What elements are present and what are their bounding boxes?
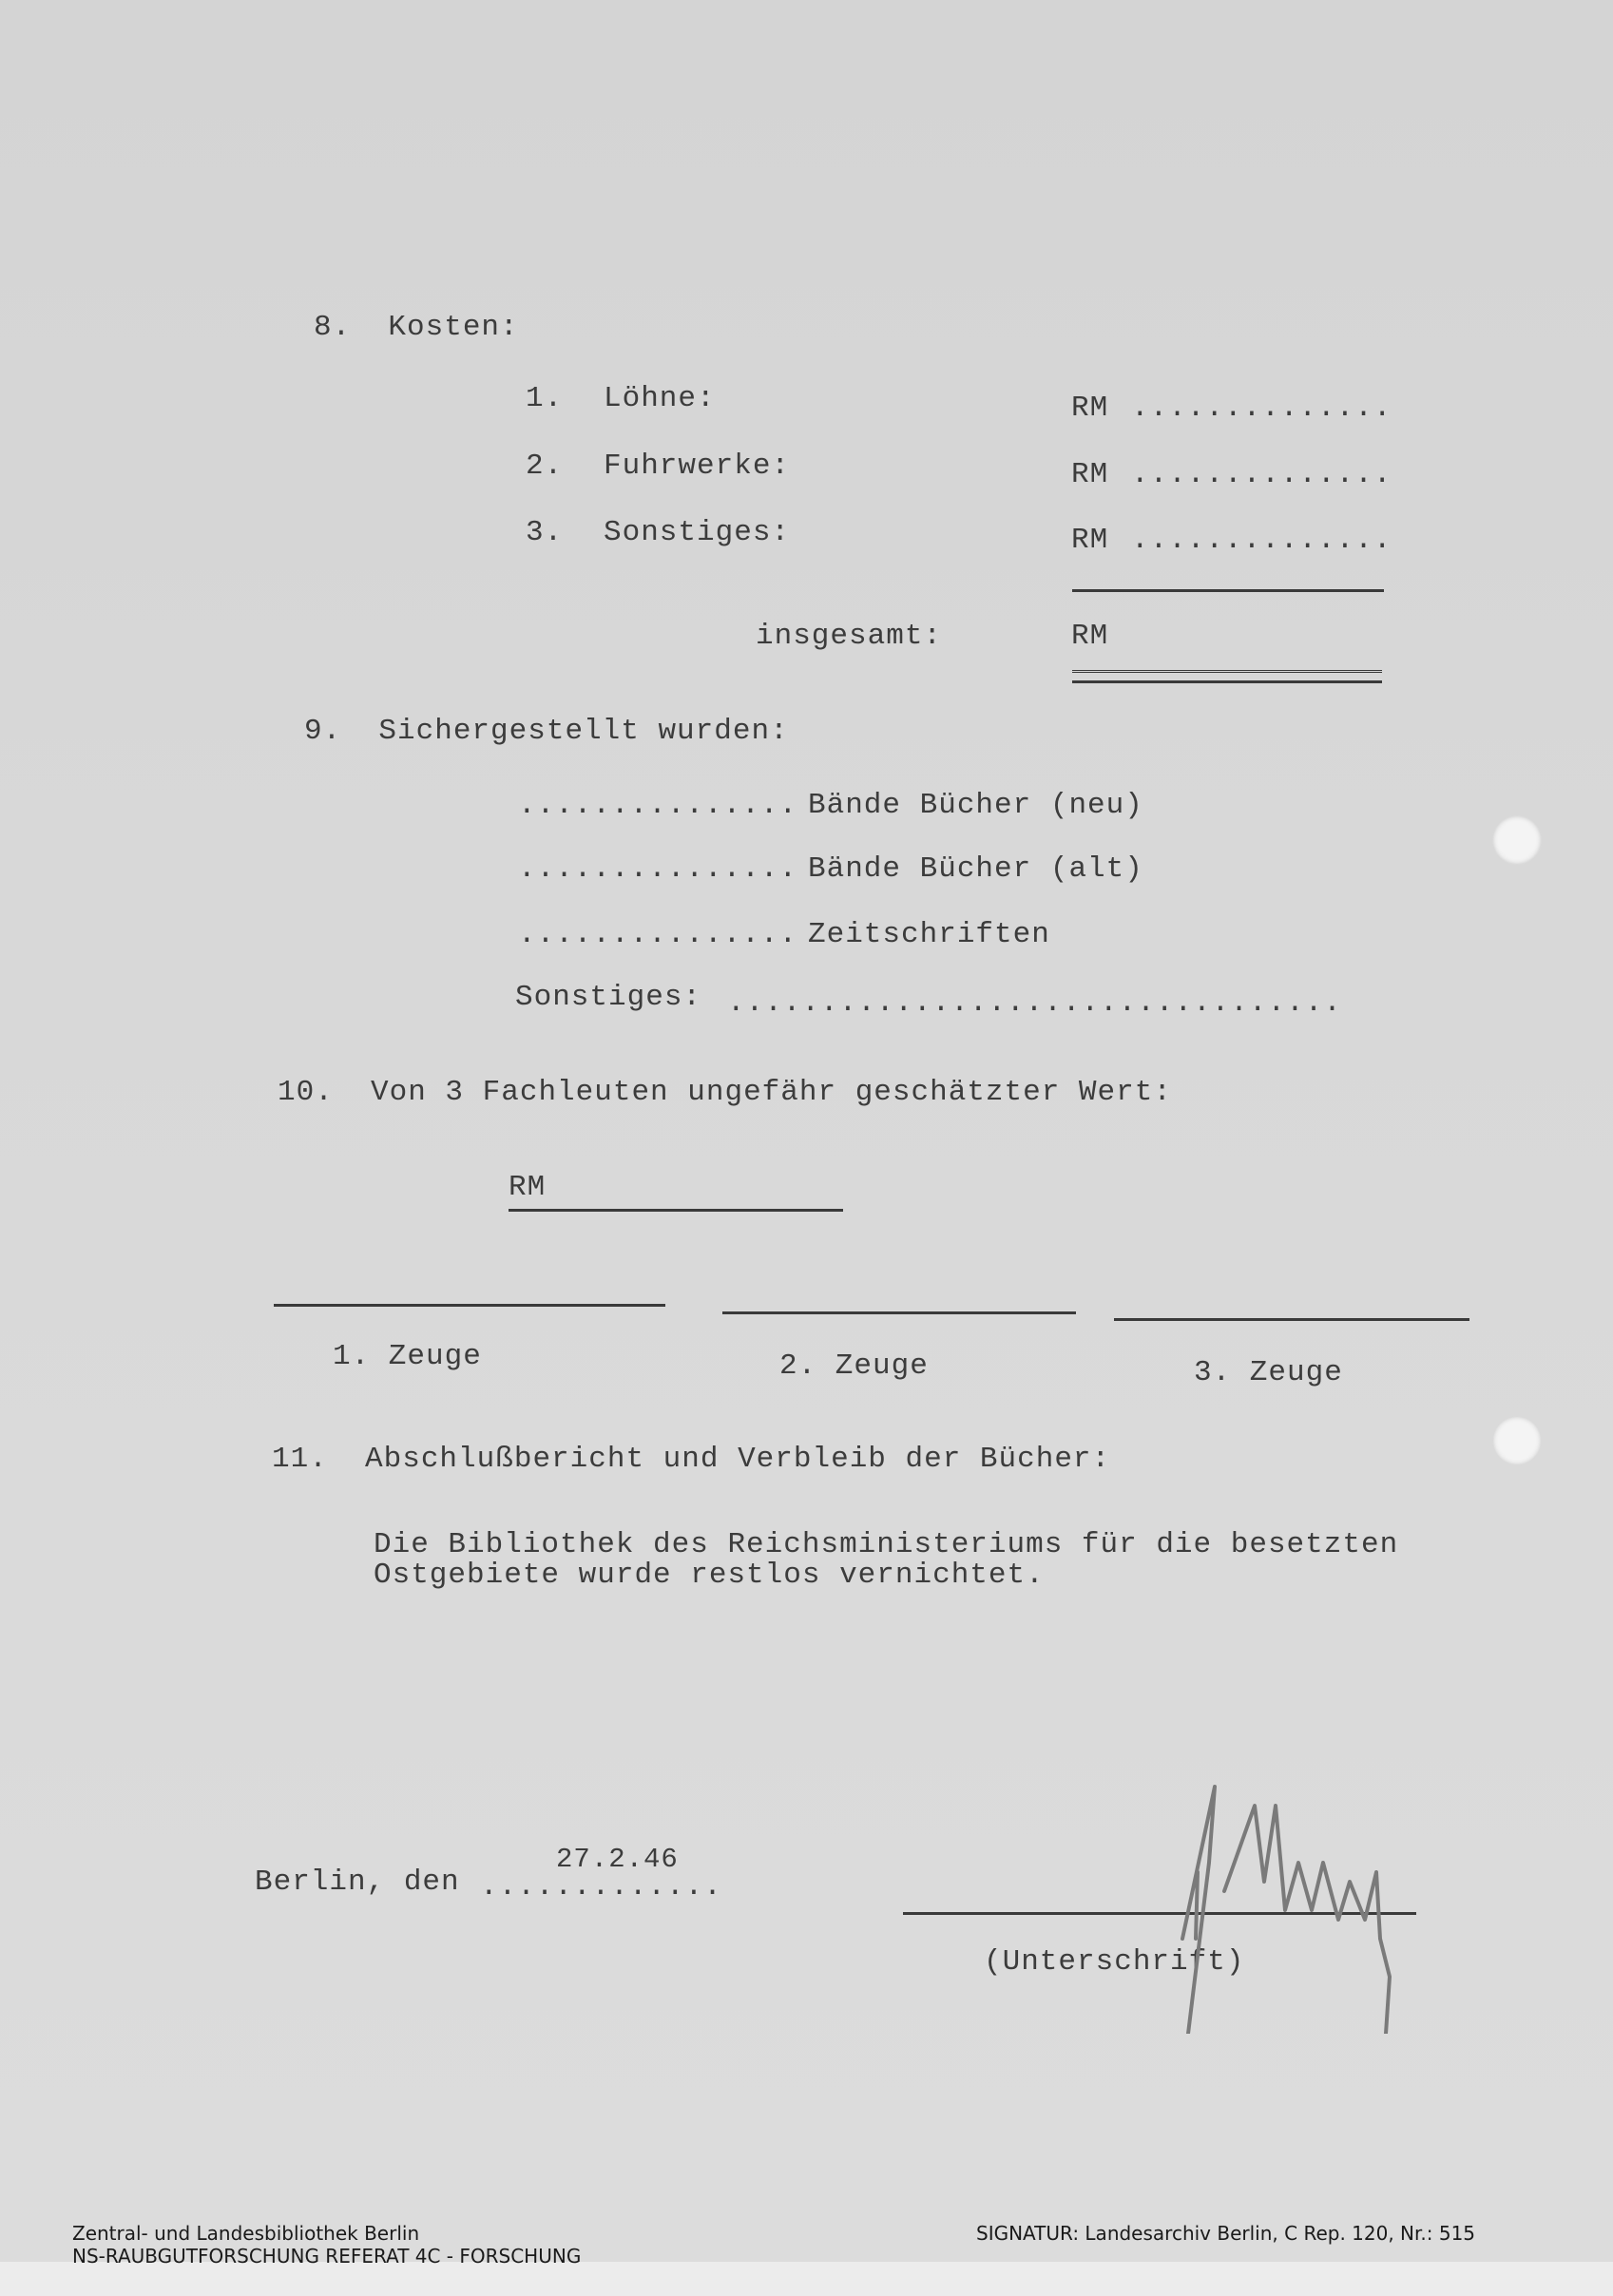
witness-1-signature-line bbox=[274, 1304, 665, 1307]
footer-signature-reference: SIGNATUR: Landesarchiv Berlin, C Rep. 12… bbox=[976, 2222, 1475, 2245]
cost-item-currency: RM bbox=[1071, 524, 1108, 557]
secured-item-label: Zeitschriften bbox=[808, 918, 1050, 951]
final-report-line-2: Ostgebiete wurde restlos vernichtet. bbox=[374, 1559, 1045, 1592]
estimated-value-currency: RM bbox=[509, 1171, 546, 1204]
cost-item-currency: RM bbox=[1071, 392, 1108, 425]
section-9-heading: 9. Sichergestellt wurden: bbox=[304, 715, 789, 748]
secured-other-label: Sonstiges: bbox=[515, 981, 701, 1014]
date-value: 27.2.46 bbox=[556, 1844, 679, 1875]
date-dots: ............. bbox=[480, 1870, 722, 1904]
total-currency: RM bbox=[1071, 620, 1108, 653]
secured-item-value: ............... bbox=[518, 852, 797, 886]
total-double-rule bbox=[1072, 670, 1382, 683]
footer-department: NS-RAUBGUTFORSCHUNG REFERAT 4C - FORSCHU… bbox=[72, 2245, 581, 2267]
total-label: insgesamt: bbox=[756, 620, 942, 653]
document-page: 8. Kosten: 1. Löhne: RM .............. 2… bbox=[0, 0, 1613, 2262]
footer-institution: Zentral- und Landesbibliothek Berlin bbox=[72, 2222, 419, 2245]
witness-1-label: 1. Zeuge bbox=[333, 1340, 482, 1373]
secured-item-value: ............... bbox=[518, 789, 797, 822]
cost-item-value: .............. bbox=[1131, 458, 1392, 491]
final-report-line-1: Die Bibliothek des Reichsministeriums fü… bbox=[374, 1528, 1398, 1561]
witness-2-label: 2. Zeuge bbox=[779, 1349, 929, 1383]
cost-item-label: Sonstiges: bbox=[604, 516, 790, 549]
place-label: Berlin, den bbox=[255, 1865, 460, 1899]
punch-hole bbox=[1492, 815, 1542, 865]
cost-item-number: 1. bbox=[526, 382, 563, 415]
handwritten-signature bbox=[1122, 1749, 1502, 2034]
section-8-heading: 8. Kosten: bbox=[314, 311, 519, 344]
secured-other-value: ................................. bbox=[727, 986, 1342, 1020]
section-10-heading: 10. Von 3 Fachleuten ungefähr geschätzte… bbox=[278, 1076, 1172, 1109]
witness-3-label: 3. Zeuge bbox=[1194, 1356, 1343, 1389]
cost-item-number: 2. bbox=[526, 450, 563, 483]
section-11-heading: 11. Abschlußbericht und Verbleib der Büc… bbox=[272, 1443, 1110, 1476]
cost-item-value: .............. bbox=[1131, 392, 1392, 425]
secured-item-label: Bände Bücher (alt) bbox=[808, 852, 1143, 886]
witness-2-signature-line bbox=[722, 1311, 1076, 1314]
cost-item-value: .............. bbox=[1131, 524, 1392, 557]
cost-item-number: 3. bbox=[526, 516, 563, 549]
secured-item-value: ............... bbox=[518, 918, 797, 951]
punch-hole bbox=[1492, 1416, 1542, 1465]
secured-item-label: Bände Bücher (neu) bbox=[808, 789, 1143, 822]
subtotal-rule bbox=[1072, 589, 1384, 592]
cost-item-label: Löhne: bbox=[604, 382, 716, 415]
cost-item-label: Fuhrwerke: bbox=[604, 450, 790, 483]
cost-item-currency: RM bbox=[1071, 458, 1108, 491]
estimated-value-rule bbox=[509, 1209, 843, 1212]
witness-3-signature-line bbox=[1114, 1318, 1469, 1321]
